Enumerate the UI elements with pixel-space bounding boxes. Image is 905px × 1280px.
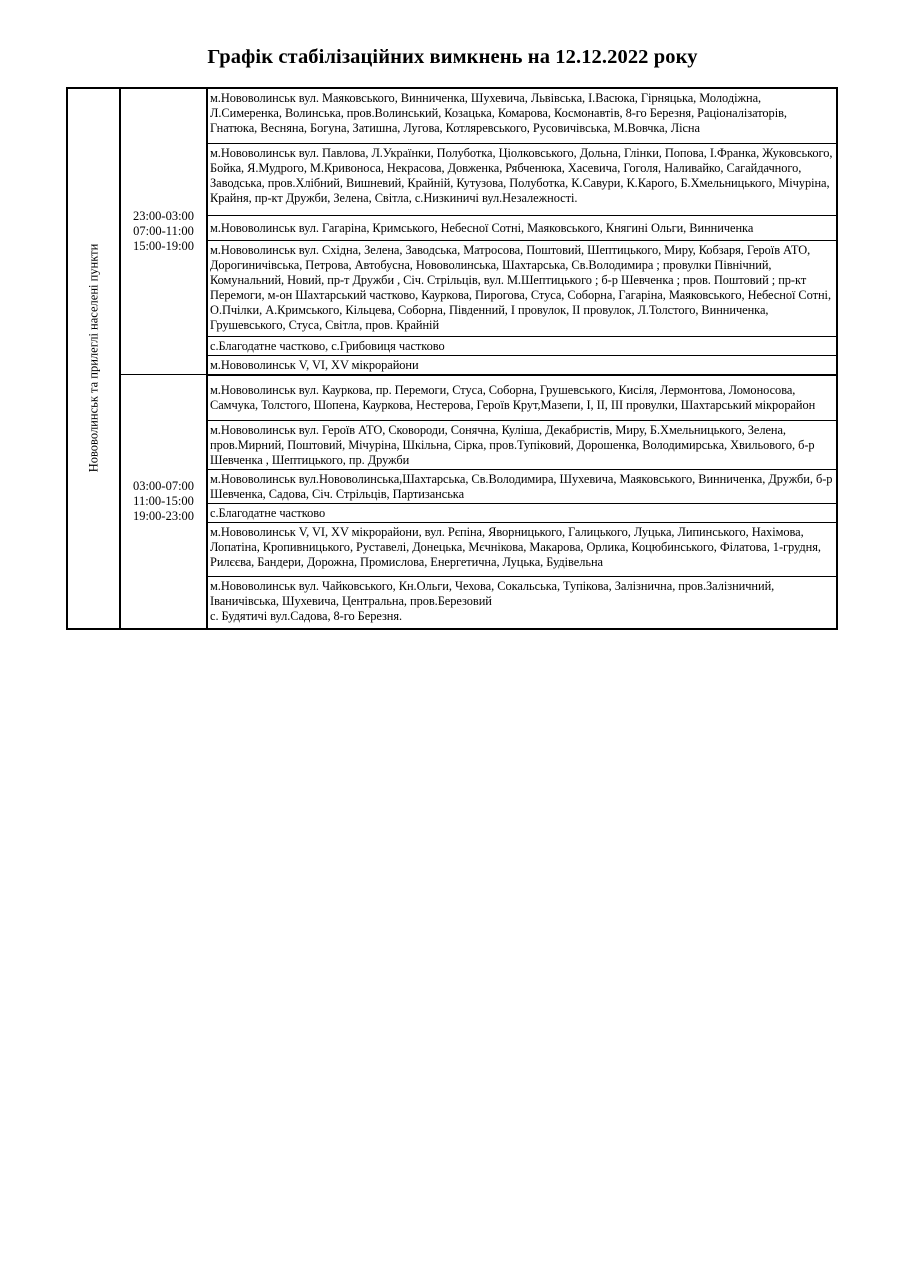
streets-cell: м.Нововолинськ вул. Героїв АТО, Сковород… [207,421,837,470]
time-slot: 19:00-23:00 [121,509,206,524]
streets-cell: м.Нововолинськ вул. Маяковського, Виннич… [207,88,837,143]
time-slots-cell: 23:00-03:00 07:00-11:00 15:00-19:00 [120,88,207,375]
streets-cell: с.Благодатне частково, с.Грибовиця частк… [207,336,837,355]
time-slot: 07:00-11:00 [121,224,206,239]
region-cell: Нововолинськ та прилеглі населені пункти [67,88,120,629]
table-row: 03:00-07:00 11:00-15:00 19:00-23:00 м.Но… [67,375,837,421]
streets-cell: м.Нововолинськ V, VI, XV мікрорайони [207,355,837,375]
streets-cell: м.Нововолинськ вул. Павлова, Л.Українки,… [207,143,837,215]
outage-schedule-table: Нововолинськ та прилеглі населені пункти… [66,87,838,630]
streets-cell: м.Нововолинськ вул. Кауркова, пр. Перемо… [207,375,837,421]
time-slot: 11:00-15:00 [121,494,206,509]
streets-cell: м.Нововолинськ вул. Східна, Зелена, Заво… [207,240,837,336]
time-slot: 15:00-19:00 [121,239,206,254]
streets-cell: с.Благодатне частково [207,504,837,523]
streets-cell: м.Нововолинськ вул.Нововолинська,Шахтарс… [207,470,837,504]
streets-cell: м.Нововолинськ вул. Чайковського, Кн.Оль… [207,577,837,629]
streets-cell: м.Нововолинськ V, VI, XV мікрорайони, ву… [207,523,837,577]
streets-cell: м.Нововолинськ вул. Гагаріна, Кримського… [207,215,837,240]
time-slot: 23:00-03:00 [121,209,206,224]
time-slot: 03:00-07:00 [121,479,206,494]
page-title: Графік стабілізаційних вимкнень на 12.12… [0,46,905,69]
time-slots-cell: 03:00-07:00 11:00-15:00 19:00-23:00 [120,375,207,629]
table-row: Нововолинськ та прилеглі населені пункти… [67,88,837,143]
region-label: Нововолинськ та прилеглі населені пункти [86,244,101,473]
